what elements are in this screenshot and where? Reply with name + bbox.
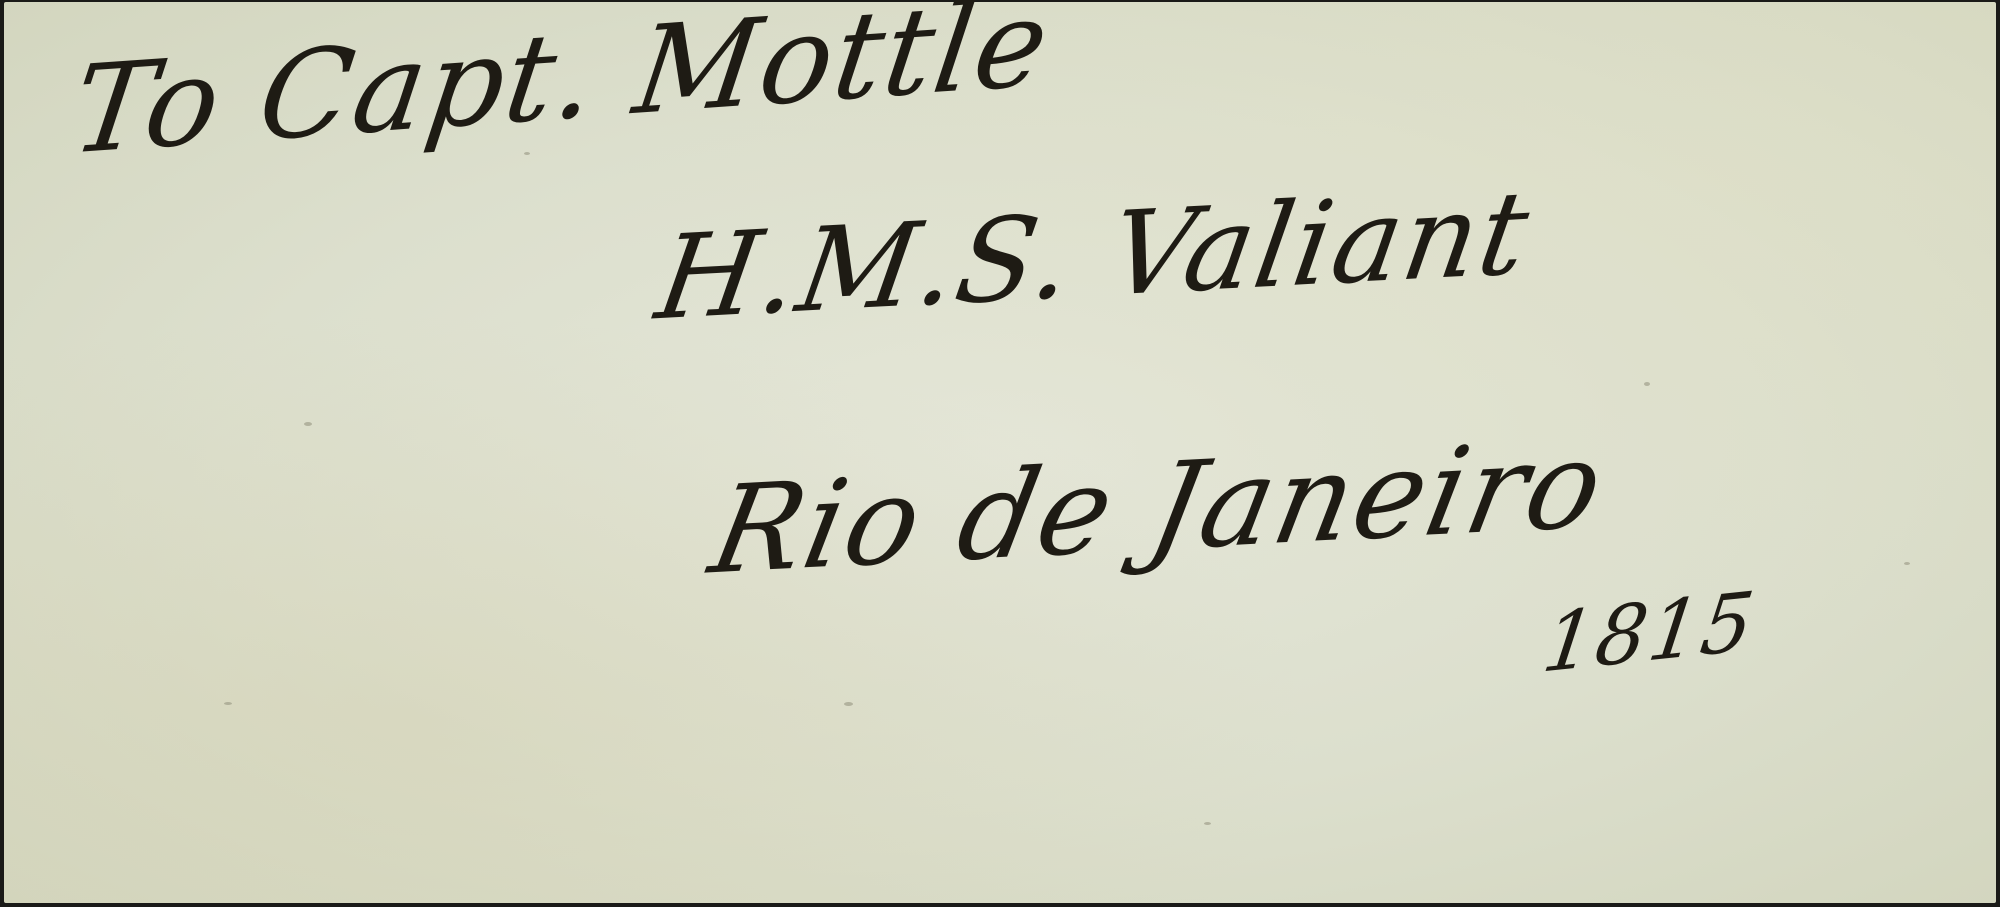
paper-sheet: To Capt. Mottle H.M.S. Valiant Rio de Ja… (4, 2, 1996, 903)
paper-speck (224, 702, 232, 705)
place-line: Rio de Janeiro (700, 415, 1615, 602)
year-line: 1815 (1537, 574, 1761, 691)
ship-line: H.M.S. Valiant (648, 166, 1539, 347)
addressee-line: To Capt. Mottle (64, 0, 1058, 182)
paper-speck (1904, 562, 1910, 565)
paper-speck (524, 152, 530, 155)
paper-speck (1644, 382, 1650, 386)
paper-speck (844, 702, 853, 706)
paper-speck (1204, 822, 1211, 825)
paper-speck (304, 422, 312, 426)
